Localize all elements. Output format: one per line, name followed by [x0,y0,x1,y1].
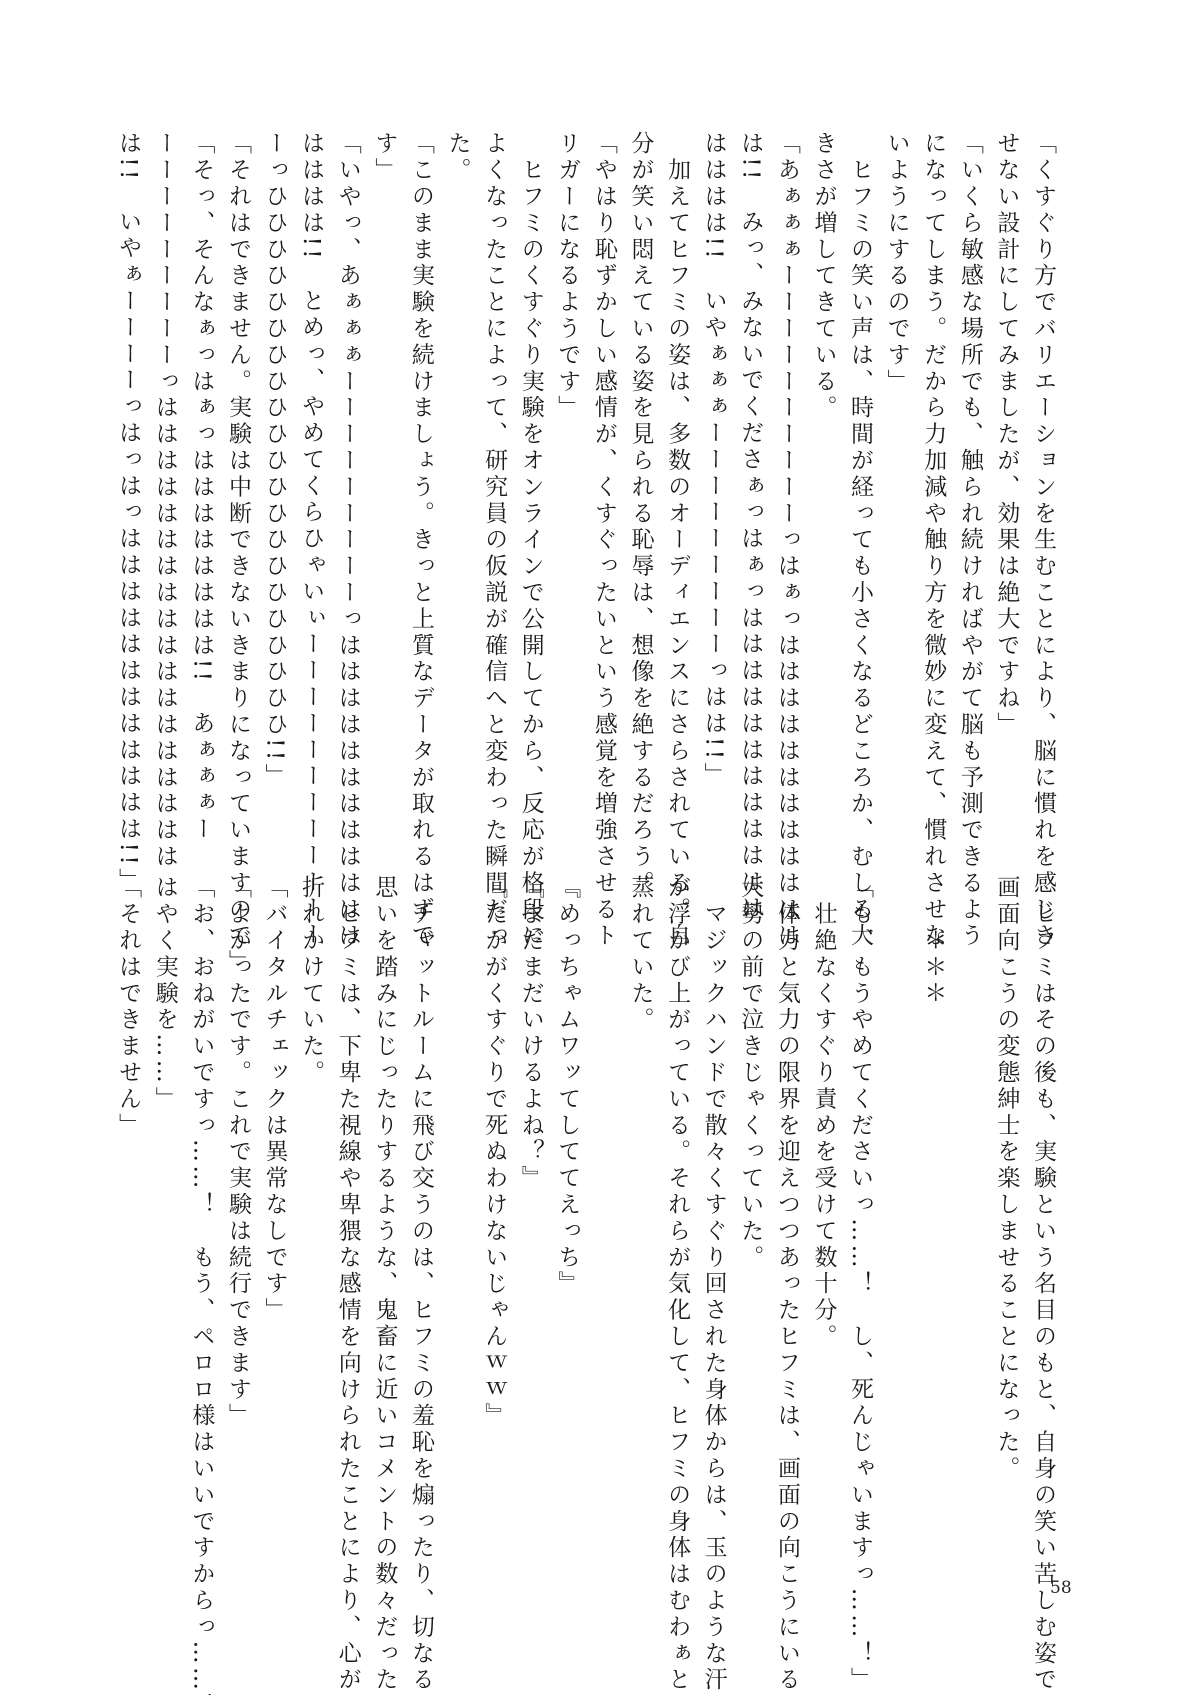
text-line: 画面向こうの変態紳士を楽しませることになった。 [988,875,1025,1575]
page-number: 58 [1050,1578,1072,1598]
text-line: は!! いやぁーーーーっはっはっはははははははははははは!!」 [110,131,147,831]
text-line: 蒸れていた。 [622,875,659,1575]
text-line: 「いくら敏感な場所でも、触られ続ければやがて脳も予測できるよう [951,131,988,831]
text-line: せない設計にしてみましたが、効果は絶大ですね」 [988,131,1025,831]
text-line: リガーになるようです」 [549,131,586,831]
document-page: 「くすぐり方でバリエーションを生むことにより、脳に慣れを感じさ せない設計にして… [0,0,1200,1695]
text-line: 「あぁぁぁーーーーーーーーーーっはぁっはははははははははははは [768,131,805,831]
text-line: す」 [366,131,403,831]
text-line: 「そっ、そんなぁっはぁっはははははははは!! あぁぁぁー [183,131,220,831]
text-line: 「バイタルチェックは異常なしです」 [256,875,293,1575]
text-line: チャットルームに飛び交うのは、ヒフミの羞恥を煽ったり、切なる [402,875,439,1575]
text-line: 折れかけていた。 [293,875,330,1575]
text-line: 「それはできません。実験は中断できないきまりになっていますので」 [219,131,256,831]
text-line: ヒフミは、下卑た視線や卑猥な感情を向けられたことにより、心が [329,875,366,1575]
text-line: マジックハンドで散々くすぐり回された身体からは、玉のような汗 [695,875,732,1575]
text-line [878,875,915,1575]
text-line: はははは!! とめっ、やめてくらひゃいぃーーーーーーーーーーーー [293,131,330,831]
text-block-lower: ヒフミはその後も、実験という名目のもと、自身の笑い苦しむ姿で 画面向こうの変態紳… [181,875,1061,1575]
text-line: ーーーーーーーーーっはははははははははははははははははは [146,131,183,831]
text-line: いようにするのです」 [878,131,915,831]
text-line: 壮絶なくすぐり責めを受けて数十分。 [805,875,842,1575]
text-line: 加えてヒフミの姿は、多数のオーディエンスにさらされている。自 [658,131,695,831]
text-line: 思いを踏みにじったりするような、鬼畜に近いコメントの数々だった。 [366,875,403,1575]
text-line: 「いやっ、あぁぁぁーーーーーーーーーっはははははははははははは [329,131,366,831]
text-line: 「それはできません」 [110,875,147,1575]
text-line: が浮かび上がっている。それらが気化して、ヒフミの身体はむわぁと [658,875,695,1575]
text-line: 「よかったです。これで実験は続行できます」 [219,875,256,1575]
chat-comment: 『たかがくすぐりで死ぬわけないじゃんｗｗ』 [476,875,513,1575]
section-break: ＊＊＊ [915,875,952,1575]
text-line: 「このまま実験を続けましょう。きっと上質なデータが取れるはずで [402,131,439,831]
chat-comment: 『めっちゃムワッてしててえっち』 [549,875,586,1575]
text-line: はやく実験を……」 [146,875,183,1575]
text-line: ヒフミのくすぐり実験をオンラインで公開してから、反応が格段に [512,131,549,831]
text-line: 「くすぐり方でバリエーションを生むことにより、脳に慣れを感じさ [1024,131,1061,831]
text-line: 体力と気力の限界を迎えつつあったヒフミは、画面の向こうにいる [768,875,805,1575]
text-line: ーっひひひひひひひひひひひひひひひひひひひひひ!!」 [256,131,293,831]
text-line: ヒフミの笑い声は、時間が経っても小さくなるどころか、むしろ大 [841,131,878,831]
text-line: よくなったことによって、研究員の仮説が確信へと変わった瞬間だっ [476,131,513,831]
text-line: 「やはり恥ずかしい感情が、くすぐったいという感覚を増強させるト [585,131,622,831]
text-line: 「も、もうやめてくださいっ……！ し、死んじゃいますっ……！」 [841,875,878,1575]
text-line: た。 [439,131,476,831]
text-line: 大勢の前で泣きじゃくっていた。 [732,875,769,1575]
text-block-upper: 「くすぐり方でバリエーションを生むことにより、脳に慣れを感じさ せない設計にして… [181,131,1061,831]
text-line [439,875,476,1575]
text-line: きさが増してきている。 [805,131,842,831]
text-line: 「お、おねがいですっ……！ もう、ペロロ様はいいですからっ……！ [183,875,220,1575]
text-line [585,875,622,1575]
text-line: ヒフミはその後も、実験という名目のもと、自身の笑い苦しむ姿で [1024,875,1061,1575]
text-line [951,875,988,1575]
text-line: は!! みっ、みないでくださぁっはぁっはははははははははははは [732,131,769,831]
chat-comment: 『まだまだいけるよね？』 [512,875,549,1575]
text-line: はははは!! いやぁぁぁーーーーーーーーーっはは!!」 [695,131,732,831]
text-line: になってしまう。だから力加減や触り方を微妙に変えて、慣れさせな [915,131,952,831]
text-line: 分が笑い悶えている姿を見られる恥辱は、想像を絶するだろう。 [622,131,659,831]
